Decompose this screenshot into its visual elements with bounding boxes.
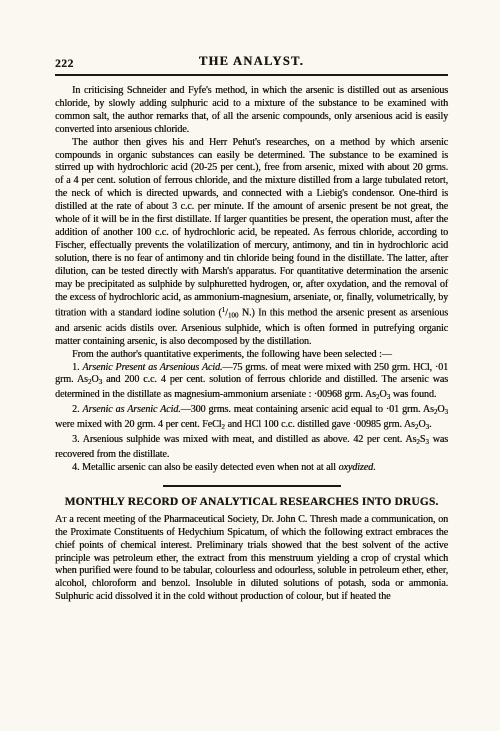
- paragraph-criticism: In criticising Schneider and Fyfe's meth…: [55, 85, 448, 137]
- text-run: and HCl 100 c.c. distilled gave ·00985 g…: [225, 419, 415, 430]
- text-run: At: [55, 514, 66, 525]
- text-run: O: [91, 374, 98, 385]
- text-run: 2.: [72, 404, 82, 415]
- text-run: —300 grms. meat containing arsenic acid …: [181, 404, 434, 415]
- experiment-item-3: 3. Arsenious sulphide was mixed with mea…: [55, 434, 448, 462]
- article-drugs-body: MONTHLY RECORD OF ANALYTICAL RESEARCHES …: [55, 496, 448, 604]
- text-run: 100: [228, 312, 239, 320]
- section-divider-rule: [163, 485, 341, 487]
- text-run: O: [379, 389, 386, 400]
- journal-page: 222 THE ANALYST. In criticising Schneide…: [0, 0, 500, 731]
- article-arsenic-body: In criticising Schneider and Fyfe's meth…: [55, 85, 448, 475]
- text-run: were mixed with 20 grm. 4 per cent. FeCl: [55, 419, 221, 430]
- text-run: Arsenic as Arsenic Acid.: [82, 404, 180, 415]
- text-run: 3. Arsenious sulphide was mixed with mea…: [72, 434, 416, 445]
- text-run: Arsenic Present as Arsenious Acid.: [82, 362, 222, 373]
- journal-title: THE ANALYST.: [55, 54, 448, 69]
- paragraph-method: The author then gives his and Herr Pehut…: [55, 137, 448, 349]
- text-run: The author then gives his and Herr Pehut…: [55, 137, 448, 319]
- text-run: 3: [445, 408, 449, 416]
- paragraph-drugs: At a recent meeting of the Pharmaceutica…: [55, 514, 448, 604]
- text-run: From the author's quantitative experimen…: [72, 349, 392, 360]
- experiment-item-2: 2. Arsenic as Arsenic Acid.—300 grms. me…: [55, 404, 448, 434]
- text-run: a recent meeting of the Pharmaceutical S…: [55, 514, 448, 602]
- text-run: was found.: [390, 389, 436, 400]
- header-rule: [55, 74, 448, 76]
- text-run: .: [429, 419, 431, 430]
- text-run: O: [418, 419, 425, 430]
- paragraph-experiments-leadin: From the author's quantitative experimen…: [55, 349, 448, 362]
- experiment-item-1: 1. Arsenic Present as Arsenious Acid.—75…: [55, 362, 448, 405]
- text-run: O: [437, 404, 444, 415]
- text-run: 4. Metallic arsenic can also be easily d…: [72, 462, 338, 473]
- page-header: 222 THE ANALYST.: [55, 54, 448, 70]
- section-heading: MONTHLY RECORD OF ANALYTICAL RESEARCHES …: [55, 496, 448, 508]
- text-run: 1.: [72, 362, 82, 373]
- text-run: In criticising Schneider and Fyfe's meth…: [55, 85, 448, 135]
- text-run: .: [373, 462, 375, 473]
- text-run: oxydized: [338, 462, 373, 473]
- experiment-item-4: 4. Metallic arsenic can also be easily d…: [55, 462, 448, 475]
